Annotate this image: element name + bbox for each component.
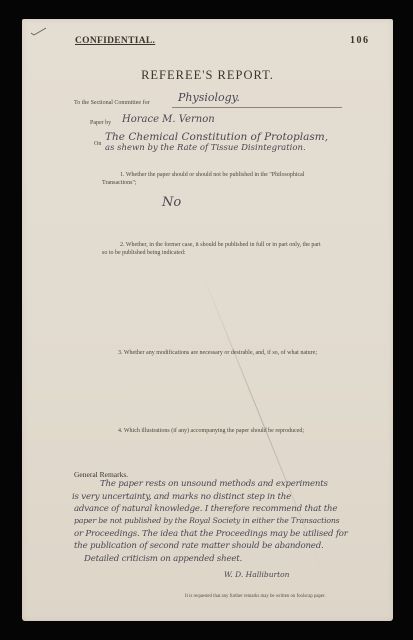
committee-underline xyxy=(172,107,342,108)
footer-note: It is requested that any further remarks… xyxy=(185,594,326,599)
remark-line-4: paper be not published by the Royal Soci… xyxy=(74,516,339,525)
remark-line-6: the publication of second rate matter sh… xyxy=(74,541,324,551)
remark-line-1: The paper rests on unsound methods and e… xyxy=(100,479,328,489)
question-1-text-cont: Transactions"; xyxy=(102,180,137,186)
committee-value: Physiology. xyxy=(178,91,240,104)
question-3-text: 3. Whether any modifications are necessa… xyxy=(118,350,317,356)
question-1-text: 1. Whether the paper should or should no… xyxy=(120,172,304,178)
confidential-label: CONFIDENTIAL. xyxy=(75,36,155,46)
question-2-text: 2. Whether, in the former case, it shoul… xyxy=(120,242,321,248)
on-label: On xyxy=(94,141,101,147)
on-title-line1: The Chemical Constitution of Protoplasm, xyxy=(105,131,328,143)
remark-line-5: or Proceedings. The idea that the Procee… xyxy=(74,529,348,539)
remark-line-3: advance of natural knowledge. I therefor… xyxy=(74,504,337,514)
general-remarks-label: General Remarks. xyxy=(74,470,128,479)
page-title: REFEREE'S REPORT. xyxy=(22,68,393,83)
question-4-text: 4. Which illustrations (if any) accompan… xyxy=(118,428,304,434)
on-title-line2: as shewn by the Rate of Tissue Disintegr… xyxy=(105,143,306,153)
referee-report-page: CONFIDENTIAL. 106 REFEREE'S REPORT. To t… xyxy=(22,19,393,621)
paper-by-label: Paper by xyxy=(90,120,111,126)
remark-line-7: Detailed criticism on appended sheet. xyxy=(84,554,242,564)
question-2-text-cont: so to be published being indicated: xyxy=(102,250,185,256)
reference-number: 106 xyxy=(350,35,370,46)
pencil-tick-mark-icon xyxy=(30,27,48,37)
remark-line-2: is very uncertainty, and marks no distin… xyxy=(72,492,291,502)
committee-label: To the Sectional Committee for xyxy=(74,100,150,106)
paper-by-value: Horace M. Vernon xyxy=(122,114,215,125)
referee-signature: W. D. Halliburton xyxy=(224,570,289,579)
question-1-answer: No xyxy=(162,195,181,210)
